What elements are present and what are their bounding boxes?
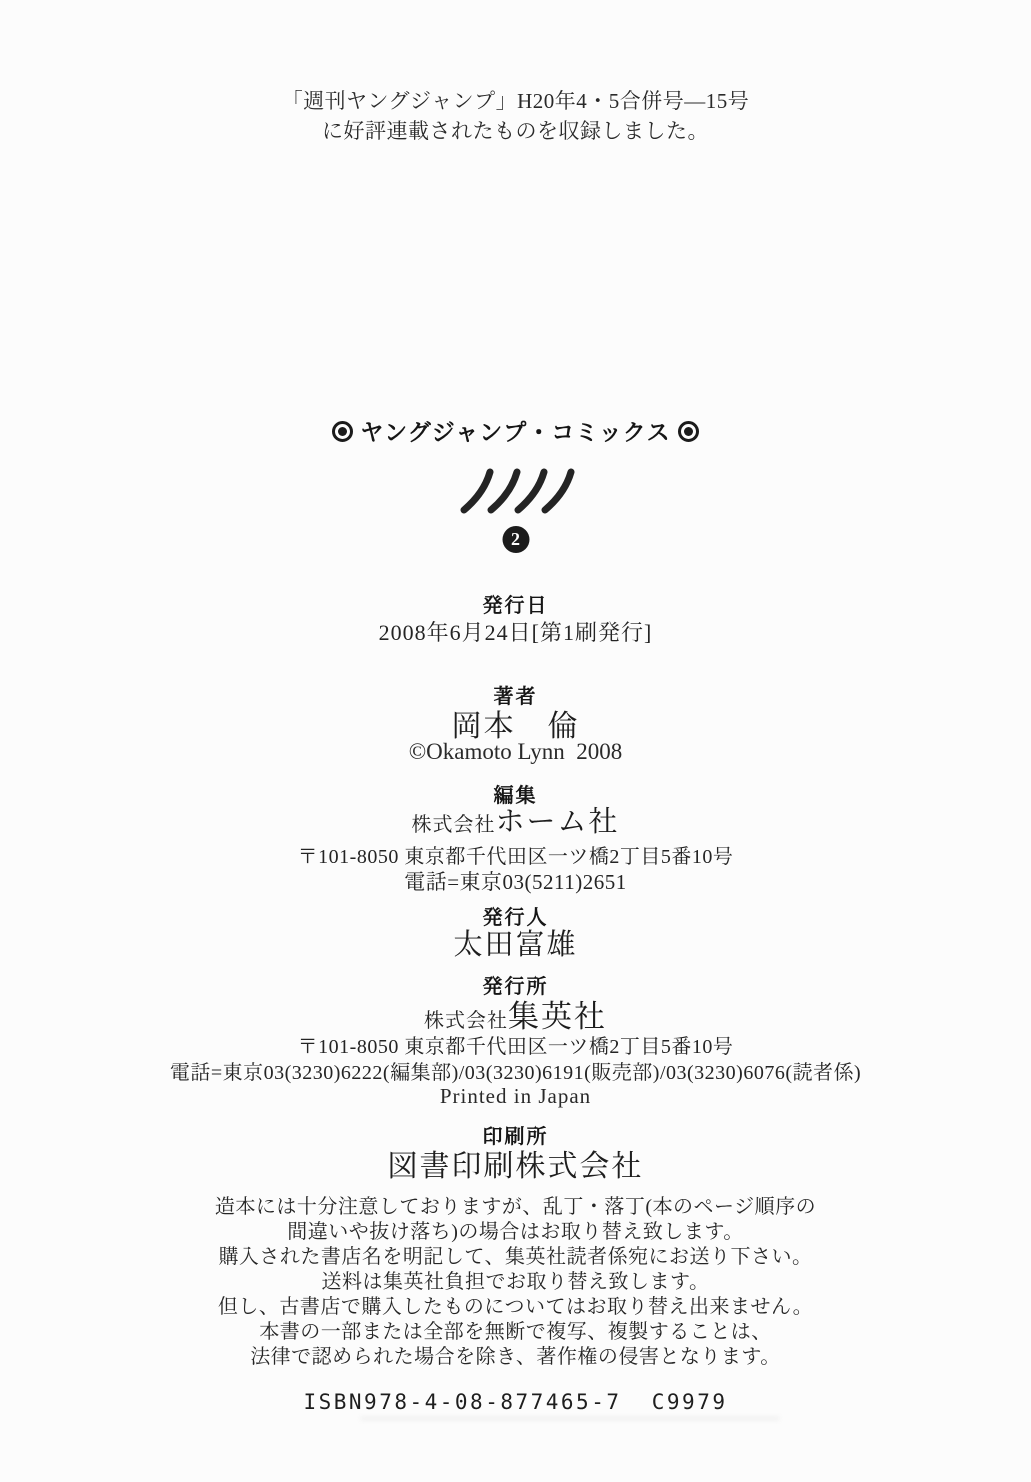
isbn-line: ISBN978-4-08-877465-7 C9979 xyxy=(0,1390,1031,1414)
publisher-address: 〒101-8050 東京都千代田区一ツ橋2丁目5番10号 xyxy=(0,1030,1031,1059)
printer-name: 図書印刷株式会社 xyxy=(0,1141,1031,1185)
editor-company-name: ホーム社 xyxy=(495,806,619,838)
printed-in-japan: Printed in Japan xyxy=(0,1084,1031,1109)
issuer-name: 太田富雄 xyxy=(0,922,1031,963)
title-strokes-icon xyxy=(457,468,575,514)
notice-line: 造本には十分注意しておりますが、乱丁・落丁(本のページ順序の xyxy=(0,1195,1031,1220)
series-imprint-label: ヤングジャンプ・コミックス xyxy=(360,419,670,445)
magazine-serialization-note: 「週刊ヤングジャンプ」H20年4・5合併号―15号 に好評連載されたものを収録し… xyxy=(0,86,1031,146)
serialization-note-line2: に好評連載されたものを収録しました。 xyxy=(0,116,1031,146)
series-imprint: ヤングジャンプ・コミックス xyxy=(0,414,1031,447)
copyright-line: ©Okamoto Lynn 2008 xyxy=(0,739,1031,765)
publish-date-label: 発行日 xyxy=(0,589,1031,618)
publisher-phone: 電話=東京03(3230)6222(編集部)/03(3230)6191(販売部)… xyxy=(0,1056,1031,1085)
replacement-notice: 造本には十分注意しておりますが、乱丁・落丁(本のページ順序の 間違いや抜け落ち)… xyxy=(0,1195,1031,1370)
notice-line: 間違いや抜け落ち)の場合はお取り替え致します。 xyxy=(0,1220,1031,1245)
notice-line: 但し、古書店で購入したものについてはお取り替え出来ません。 xyxy=(0,1295,1031,1320)
colophon-page: 「週刊ヤングジャンプ」H20年4・5合併号―15号 に好評連載されたものを収録し… xyxy=(0,0,1031,1482)
scan-artifact xyxy=(360,1416,780,1421)
notice-line: 購入された書店名を明記して、集英社読者係宛にお送り下さい。 xyxy=(0,1245,1031,1270)
serialization-note-line1: 「週刊ヤングジャンプ」H20年4・5合併号―15号 xyxy=(0,86,1031,116)
editor-company-prefix: 株式会社 xyxy=(411,814,495,836)
publisher-company-prefix: 株式会社 xyxy=(424,1010,508,1032)
volume-number-badge: 2 xyxy=(502,526,529,553)
publisher-company-name: 集英社 xyxy=(508,999,607,1034)
editor-company: 株式会社ホーム社 xyxy=(0,799,1031,840)
notice-line: 本書の一部または全部を無断で複写、複製することは、 xyxy=(0,1320,1031,1345)
fisheye-icon-left xyxy=(332,421,353,442)
notice-line: 送料は集英社負担でお取り替え致します。 xyxy=(0,1270,1031,1295)
fisheye-icon-right xyxy=(678,421,699,442)
publish-date-value: 2008年6月24日[第1刷発行] xyxy=(0,616,1031,647)
editor-address: 〒101-8050 東京都千代田区一ツ橋2丁目5番10号 xyxy=(0,840,1031,869)
book-title-logo: ノノノノ xyxy=(0,468,1031,514)
notice-line: 法律で認められた場合を除き、著作権の侵害となります。 xyxy=(0,1345,1031,1370)
editor-phone: 電話=東京03(5211)2651 xyxy=(0,866,1031,896)
